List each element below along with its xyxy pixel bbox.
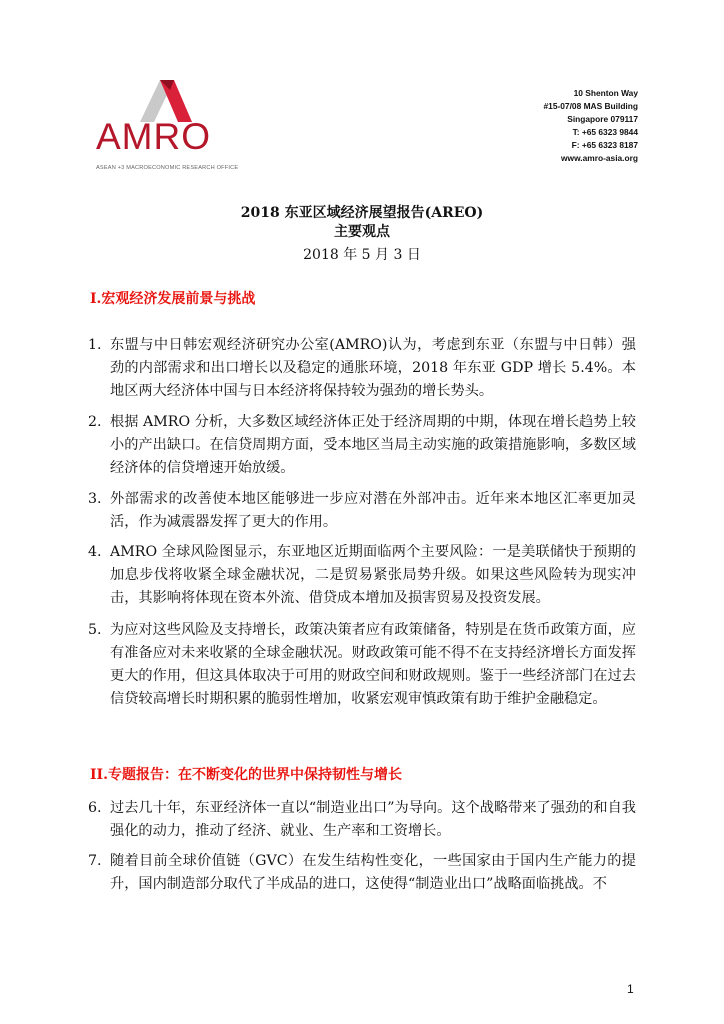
document-date: 2018 年 5 月 3 日	[0, 244, 724, 266]
item-text: AMRO 全球风险图显示，东亚地区近期面临两个主要风险：一是美联储快于预期的加息…	[110, 541, 636, 610]
item-text: 随着目前全球价值链（GVC）在发生结构性变化，一些国家由于国内生产能力的提升，国…	[110, 850, 636, 896]
address-phone: T: +65 6323 9844	[544, 126, 638, 139]
address-fax: F: +65 6323 8187	[544, 139, 638, 152]
item-number: 3.	[88, 488, 110, 511]
amro-subtitle: ASEAN +3 MACROECONOMIC RESEARCH OFFICE	[96, 165, 238, 171]
amro-logo: AMRO ASEAN +3 MACROECONOMIC RESEARCH OFF…	[92, 78, 252, 178]
address-street: 10 Shenton Way	[544, 87, 638, 100]
item-text: 外部需求的改善使本地区能够进一步应对潜在外部冲击。近年来本地区汇率更加灵活，作为…	[110, 488, 636, 534]
item-text: 为应对这些风险及支持增长，政策决策者应有政策储备，特别是在货币政策方面，应有准备…	[110, 619, 636, 711]
item-text: 过去几十年，东亚经济体一直以“制造业出口”为导向。这个战略带来了强劲的和自我强化…	[110, 797, 636, 843]
address-website[interactable]: www.amro-asia.org	[544, 152, 638, 165]
item-number: 1.	[88, 334, 110, 357]
amro-wordmark: AMRO	[96, 118, 211, 155]
document-title: 2018 东亚区域经济展望报告(AREO) 主要观点 2018 年 5 月 3 …	[0, 204, 724, 266]
page-number: 1	[627, 982, 634, 996]
item-text: 根据 AMRO 分析，大多数区域经济体正处于经济周期的中期，体现在增长趋势上较小…	[110, 411, 636, 480]
item-text: 东盟与中日韩宏观经济研究办公室(AMRO)认为，考虑到东亚（东盟与中日韩）强劲的…	[110, 334, 636, 403]
section-heading-1: I.宏观经济发展前景与挑战	[90, 288, 255, 308]
section-heading-2: II.专题报告：在不断变化的世界中保持韧性与增长	[90, 764, 402, 784]
list-item: 1. 东盟与中日韩宏观经济研究办公室(AMRO)认为，考虑到东亚（东盟与中日韩）…	[88, 334, 636, 403]
title-line-2: 主要观点	[0, 223, 724, 242]
item-number: 5.	[88, 619, 110, 642]
address-city: Singapore 079117	[544, 113, 638, 126]
list-item: 4. AMRO 全球风险图显示，东亚地区近期面临两个主要风险：一是美联储快于预期…	[88, 541, 636, 610]
item-number: 2.	[88, 411, 110, 434]
list-item: 5. 为应对这些风险及支持增长，政策决策者应有政策储备，特别是在货币政策方面，应…	[88, 619, 636, 711]
office-address: 10 Shenton Way #15-07/08 MAS Building Si…	[544, 87, 638, 165]
item-number: 7.	[88, 850, 110, 873]
address-building: #15-07/08 MAS Building	[544, 100, 638, 113]
list-item: 2. 根据 AMRO 分析，大多数区域经济体正处于经济周期的中期，体现在增长趋势…	[88, 411, 636, 480]
list-item: 6. 过去几十年，东亚经济体一直以“制造业出口”为导向。这个战略带来了强劲的和自…	[88, 797, 636, 843]
list-item: 3. 外部需求的改善使本地区能够进一步应对潜在外部冲击。近年来本地区汇率更加灵活…	[88, 488, 636, 534]
item-number: 4.	[88, 541, 110, 564]
title-line-1: 2018 东亚区域经济展望报告(AREO)	[0, 204, 724, 223]
list-item: 7. 随着目前全球价值链（GVC）在发生结构性变化，一些国家由于国内生产能力的提…	[88, 850, 636, 896]
item-number: 6.	[88, 797, 110, 820]
